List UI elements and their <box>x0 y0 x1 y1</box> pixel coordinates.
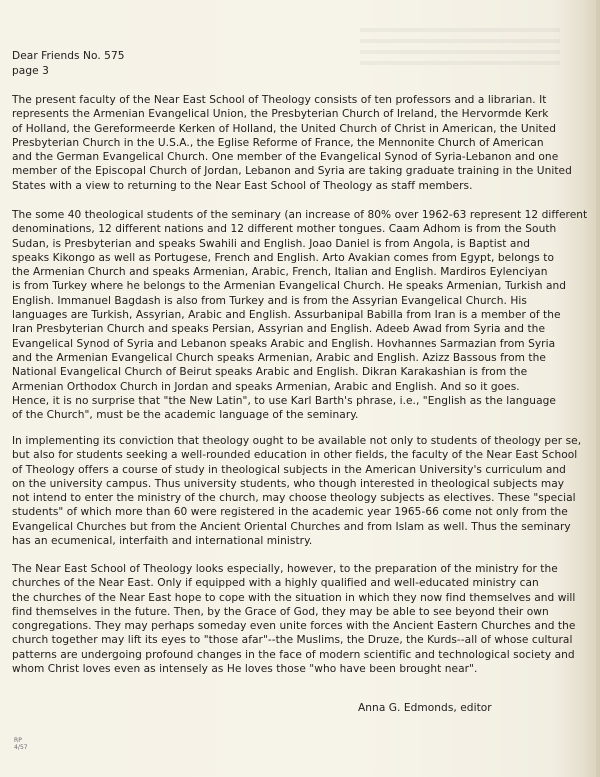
footer-mark: RP 4/57 <box>14 737 28 751</box>
text-line: The some 40 theological students of the … <box>12 208 592 222</box>
text-line: The present faculty of the Near East Sch… <box>12 93 592 107</box>
text-line: member of the Episcopal Church of Jordan… <box>12 164 592 178</box>
paragraph-ministry: The Near East School of Theology looks e… <box>12 562 592 676</box>
text-line: Armenian Orthodox Church in Jordan and s… <box>12 380 592 394</box>
document-page: Dear Friends No. 575 page 3 The present … <box>0 0 600 777</box>
text-line: the churches of the Near East hope to co… <box>12 591 592 605</box>
text-line: Presbyterian Church in the U.S.A., the E… <box>12 136 592 150</box>
text-line: and the German Evangelical Church. One m… <box>12 150 592 164</box>
text-line: languages are Turkish, Assyrian, Arabic … <box>12 308 592 322</box>
text-line: of Theology offers a course of study in … <box>12 463 592 477</box>
text-line: speaks Kikongo as well as Portugese, Fre… <box>12 251 592 265</box>
text-line: church together may lift its eyes to "th… <box>12 633 592 647</box>
text-line: Sudan, is Presbyterian and speaks Swahil… <box>12 237 592 251</box>
text-line: of the Church", must be the academic lan… <box>12 408 592 422</box>
text-line: on the university campus. Thus universit… <box>12 477 592 491</box>
text-line: represents the Armenian Evangelical Unio… <box>12 107 592 121</box>
text-line: of Holland, the Gereformeerde Kerken of … <box>12 122 592 136</box>
footer-initials: RP <box>14 737 28 744</box>
text-line: but also for students seeking a well-rou… <box>12 448 592 462</box>
text-line: not intend to enter the ministry of the … <box>12 491 592 505</box>
page-number: page 3 <box>12 64 125 79</box>
paragraph-university-program: In implementing its conviction that theo… <box>12 434 592 548</box>
show-through-bleed <box>360 28 560 72</box>
text-line: States with a view to returning to the N… <box>12 179 592 193</box>
text-line: and the Armenian Evangelical Church spea… <box>12 351 592 365</box>
text-line: denominations, 12 different nations and … <box>12 222 592 236</box>
text-line: the Armenian Church and speaks Armenian,… <box>12 265 592 279</box>
editor-signature: Anna G. Edmonds, editor <box>358 702 492 714</box>
text-line: National Evangelical Church of Beirut sp… <box>12 365 592 379</box>
text-line: Hence, it is no surprise that "the New L… <box>12 394 592 408</box>
text-line: congregations. They may perhaps someday … <box>12 619 592 633</box>
text-line: churches of the Near East. Only if equip… <box>12 576 592 590</box>
text-line: Evangelical Churches but from the Ancien… <box>12 520 592 534</box>
text-line: has an ecumenical, interfaith and intern… <box>12 534 592 548</box>
text-line: In implementing its conviction that theo… <box>12 434 592 448</box>
letter-title: Dear Friends No. 575 <box>12 49 125 64</box>
paragraph-students: The some 40 theological students of the … <box>12 208 592 422</box>
text-line: patterns are undergoing profound changes… <box>12 648 592 662</box>
text-line: English. Immanuel Bagdash is also from T… <box>12 294 592 308</box>
text-line: find themselves in the future. Then, by … <box>12 605 592 619</box>
letter-header: Dear Friends No. 575 page 3 <box>12 49 125 79</box>
paragraph-faculty: The present faculty of the Near East Sch… <box>12 93 592 193</box>
text-line: students" of which more than 60 were reg… <box>12 505 592 519</box>
text-line: whom Christ loves even as intensely as H… <box>12 662 592 676</box>
text-line: is from Turkey where he belongs to the A… <box>12 279 592 293</box>
footer-date: 4/57 <box>14 744 28 751</box>
text-line: Evangelical Synod of Syria and Lebanon s… <box>12 337 592 351</box>
text-line: Iran Presbyterian Church and speaks Pers… <box>12 322 592 336</box>
text-line: The Near East School of Theology looks e… <box>12 562 592 576</box>
